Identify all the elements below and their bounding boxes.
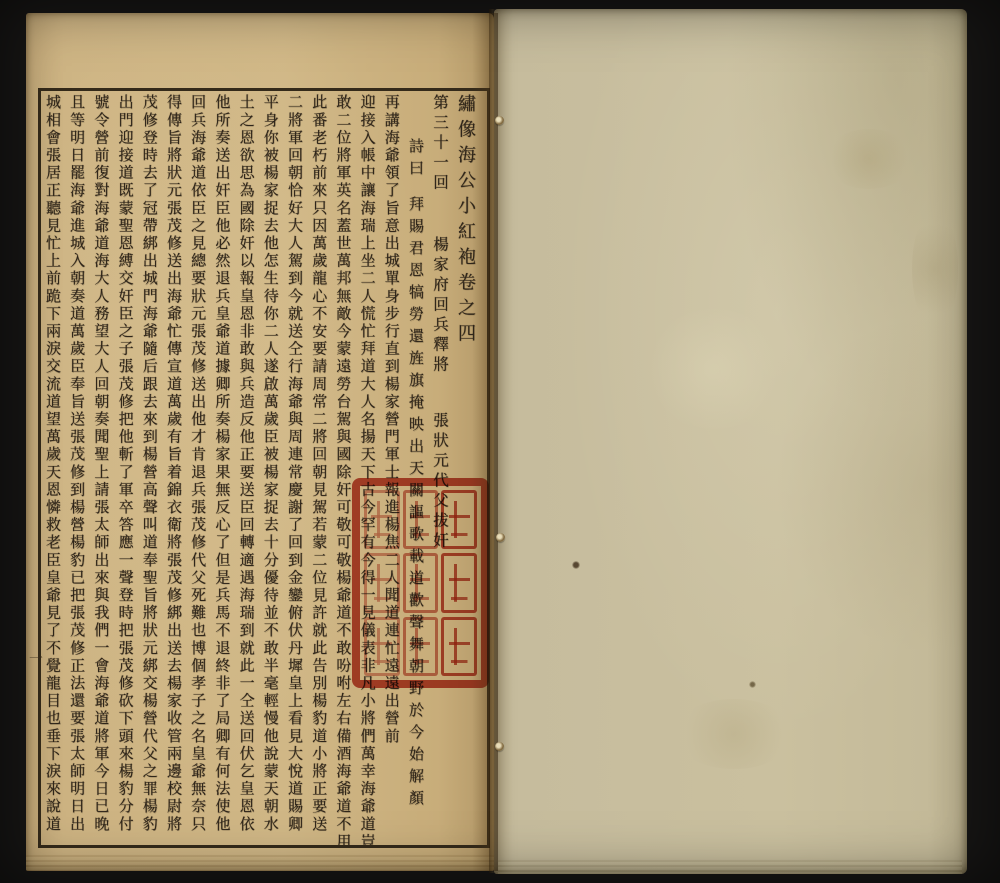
right-blank-page <box>494 9 967 874</box>
left-text-page: 繡像海公小紅袍卷之四第三十一回楊家府回兵釋將張狀元代父拔奸詩曰拜賜君恩犒勞還旌旗… <box>26 13 494 871</box>
text-column-8: 他所奏送出奸臣他必然退兵皇爺道據卿所奏楊家果無反心了但是兵馬不退終非了局卿有何法… <box>209 94 233 842</box>
text-column-11: 茂修登時去了冠帶綁出城門海爺隨后跟去來到楊營高聲叫道奉聖旨將狀元綁交楊營代父之罪… <box>137 94 161 842</box>
binding-stitch-hole <box>495 742 504 751</box>
text-column-9: 回兵海爺道依臣之見總要狀元張茂修送出他才肯退兵張茂修代父死難也博個孝子之名皇爺無… <box>185 94 209 842</box>
text-column-7: 土之恩欲思為國除奸以報皇恩非敢與兵造反他正要送臣回轉適遇海瑞到就此一仝送回伏乞皇… <box>233 94 257 842</box>
binding-stitch-hole <box>495 116 504 125</box>
seal-glyph-column <box>364 490 400 676</box>
text-segment: 第三十一回 <box>431 94 448 194</box>
text-column-10: 得傳旨將狀元張茂修送出海爺忙傳宣道萬歲有旨着錦衣衛將張茂修綁出送去楊家收管兩邊校… <box>161 94 185 842</box>
chapter-heading-column: 第三十一回楊家府回兵釋將張狀元代父拔奸 <box>427 94 452 842</box>
seal-glyph <box>364 490 400 549</box>
text-column-13: 號令營前復對海爺道海大人務望大人回朝奏聞聖上請張太師出來與我們一會海爺道將軍今日… <box>88 94 112 842</box>
seal-glyph <box>403 553 439 612</box>
seal-glyph <box>364 553 400 612</box>
page-stack-edge <box>26 855 494 871</box>
seal-glyph <box>403 490 439 549</box>
text-column-12: 出門迎接道既蒙聖恩縛交奸臣之子張茂修把他斬了軍卒答應一聲登時把張茂修砍下頭來楊豹… <box>112 94 136 842</box>
text-segment: 詩曰 <box>407 138 423 182</box>
ink-speck <box>572 561 580 569</box>
text-segment: 楊家府回兵釋將 <box>431 236 448 376</box>
page-stack-edge <box>498 860 962 874</box>
text-column-5: 二將軍回朝恰好大人駕到今就送仝行海爺與周連常慶謝了回到金鑾俯伏丹墀皇上看見大悅道… <box>282 94 306 842</box>
seal-glyph-column <box>403 490 439 676</box>
paper-highlight <box>644 309 784 429</box>
paper-stain <box>912 209 958 329</box>
binding-stitch-hole <box>496 533 505 542</box>
text-column-2: 迎接入帳中讓海瑞上坐二人慌忙拜道大人名揚天下古今罕有今得一見儀表非凡小將們萬幸海… <box>354 94 378 842</box>
ink-speck <box>749 681 756 688</box>
collector-seal <box>352 478 489 688</box>
text-column-14: 且等明日罷海爺進城入朝奏道萬歲臣奉旨送張茂修到楊營楊豹已把張茂修正法還要張太師明… <box>64 94 88 842</box>
text-column-3: 敢二位將軍英名蓋世萬邦無敵今蒙遠勞台駕與國除奸可敬可敬楊爺道不敢吩咐左右備酒海爺… <box>330 94 354 842</box>
text-column-4: 此番老朽前來只因萬歲龍心不安要請周常二將回朝見駕若蒙二位見許就此告別楊豹道小將正… <box>306 94 330 842</box>
paper-stain <box>824 129 914 189</box>
text-frame: 繡像海公小紅袍卷之四第三十一回楊家府回兵釋將張狀元代父拔奸詩曰拜賜君恩犒勞還旌旗… <box>38 88 490 848</box>
text-column-1: 再講海爺領了旨意出城單身步行直到楊家營門軍士報進楊焦二人聞道連忙遠遠出營前 <box>379 94 403 842</box>
text-column-6: 平身你被楊家捉去他怎生待你二人遂啟萬歲臣被楊家捉去十分優待並不敢半毫輕慢他說蒙天… <box>258 94 282 842</box>
margin-page-mark: 一 <box>28 651 44 671</box>
seal-glyph <box>364 617 400 676</box>
vertical-text-block: 繡像海公小紅袍卷之四第三十一回楊家府回兵釋將張狀元代父拔奸詩曰拜賜君恩犒勞還旌旗… <box>47 94 481 842</box>
seal-glyph <box>403 617 439 676</box>
paper-stain <box>674 699 794 769</box>
text-column-15: 城相會張居正聽見忙上前跪下兩淚交流道望萬歲天恩憐救老臣皇爺見了不覺龍目也垂下淚來… <box>40 94 64 842</box>
poem-column: 詩曰拜賜君恩犒勞還旌旗掩映出天關謳歌載道歡聲舞朝野於今始解顏 <box>403 94 427 842</box>
